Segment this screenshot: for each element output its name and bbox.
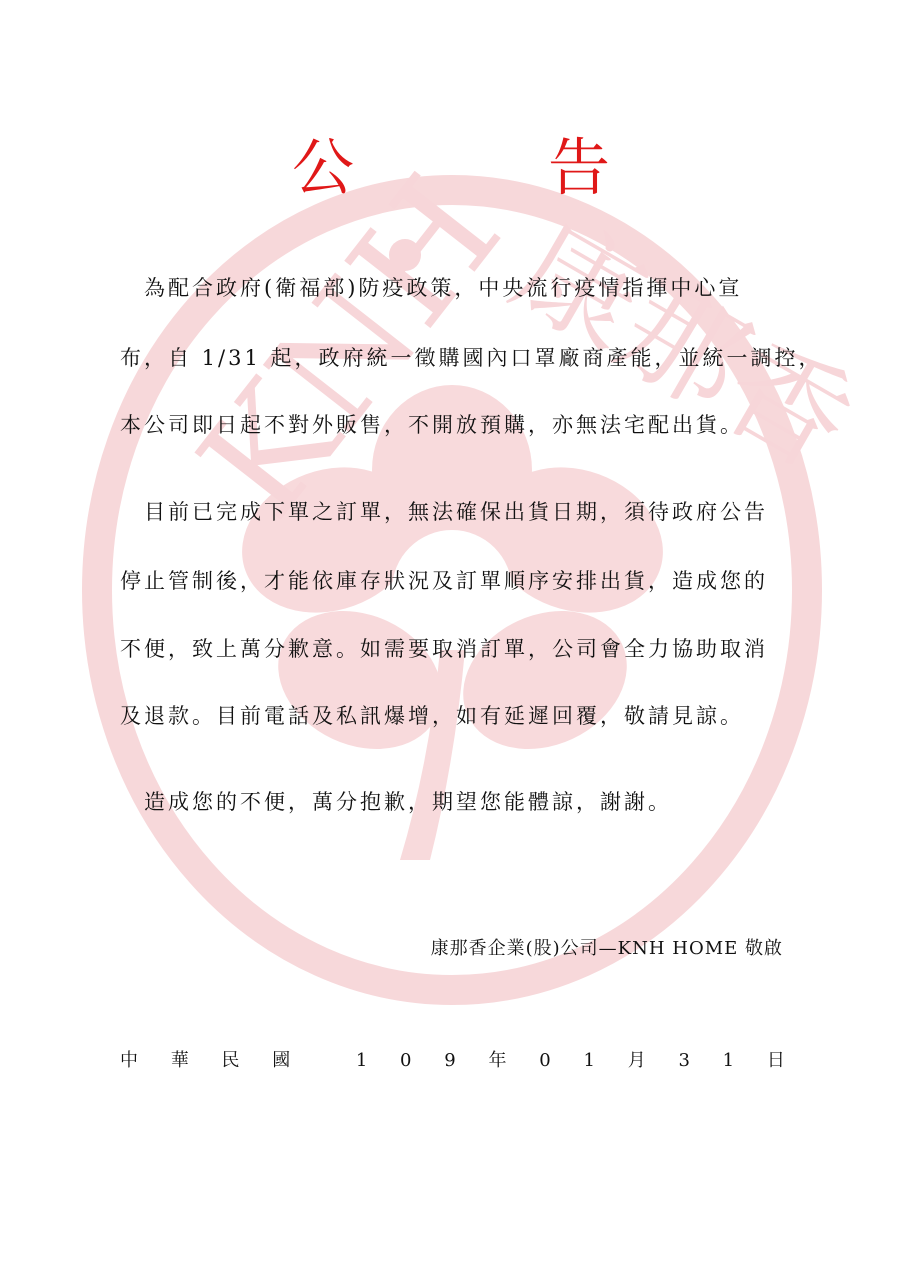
date-part: 3 — [678, 1048, 689, 1074]
date-part: 中 — [120, 1048, 138, 1074]
issue-date: 中 華 民 國 1 0 9 年 0 1 月 3 1 日 — [120, 1048, 785, 1074]
paragraph-1-line-1: 為配合政府(衛福部)防疫政策，中央流行疫情指揮中心宣 — [120, 273, 785, 303]
date-part: 1 — [356, 1048, 367, 1074]
paragraph-1-line-3: 本公司即日起不對外販售，不開放預購，亦無法宅配出貨。 — [120, 410, 785, 440]
date-part: 民 — [222, 1048, 240, 1074]
paragraph-2-line-3: 不便，致上萬分歉意。如需要取消訂單，公司會全力協助取消 — [120, 634, 785, 664]
date-part: 華 — [171, 1048, 189, 1074]
paragraph-1-line-2: 布，自 1/31 起，政府統一徵購國內口罩廠商產能，並統一調控， — [120, 343, 785, 373]
paragraph-2-line-4: 及退款。目前電話及私訊爆增，如有延遲回覆，敬請見諒。 — [120, 701, 785, 731]
date-part: 國 — [272, 1048, 290, 1074]
title-char-2: 告 — [548, 128, 610, 208]
paragraph-2-line-2: 停止管制後，才能依庫存狀況及訂單順序安排出貨，造成您的 — [120, 566, 785, 596]
date-part: 1 — [723, 1048, 734, 1074]
date-part: 9 — [444, 1048, 455, 1074]
title-char-1: 公 — [292, 128, 354, 208]
date-part: 0 — [400, 1048, 411, 1074]
paragraph-2-line-1: 目前已完成下單之訂單，無法確保出貨日期，須待政府公告 — [120, 497, 785, 527]
paragraph-3-line-1: 造成您的不便，萬分抱歉，期望您能體諒，謝謝。 — [120, 787, 785, 817]
date-part: 日 — [767, 1048, 785, 1074]
company-signature: 康那香企業(股)公司—KNH HOME 敬啟 — [431, 935, 783, 963]
date-part: 1 — [583, 1048, 594, 1074]
date-part: 年 — [488, 1048, 506, 1074]
date-part: 月 — [628, 1048, 646, 1074]
date-part: 0 — [539, 1048, 550, 1074]
notice-title: 公 告 — [0, 128, 905, 208]
